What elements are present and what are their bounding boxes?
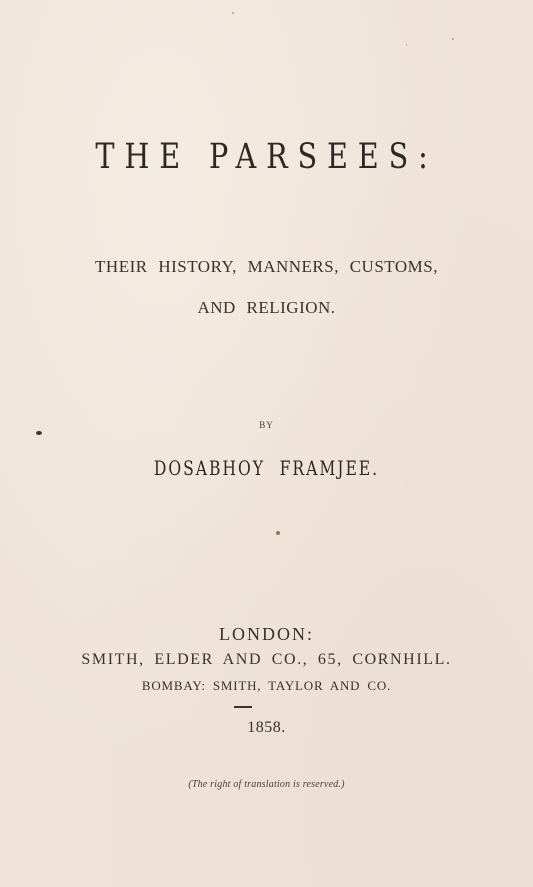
paper-speck — [452, 38, 454, 40]
book-title: THE PARSEES: — [48, 137, 485, 177]
paper-speck — [276, 531, 280, 535]
imprint-place: LONDON: — [0, 624, 533, 645]
paper-speck — [232, 12, 234, 14]
book-title-page: THE PARSEES: THEIR HISTORY, MANNERS, CUS… — [0, 0, 533, 887]
by-label: BY — [0, 420, 533, 430]
imprint-year: 1858. — [0, 719, 533, 737]
subtitle-line-1: THEIR HISTORY, MANNERS, CUSTOMS, — [0, 257, 533, 277]
rights-notice: (The right of translation is reserved.) — [0, 779, 533, 790]
author-name: DOSABHOY FRAMJEE. — [59, 456, 475, 480]
paper-speck — [36, 431, 42, 435]
imprint-co-publisher: BOMBAY: SMITH, TAYLOR AND CO. — [0, 678, 533, 694]
subtitle-line-2: AND RELIGION. — [0, 298, 533, 318]
paper-speck — [406, 44, 407, 46]
imprint-publisher: SMITH, ELDER AND CO., 65, CORNHILL. — [0, 651, 533, 669]
imprint-divider-rule — [234, 706, 252, 708]
